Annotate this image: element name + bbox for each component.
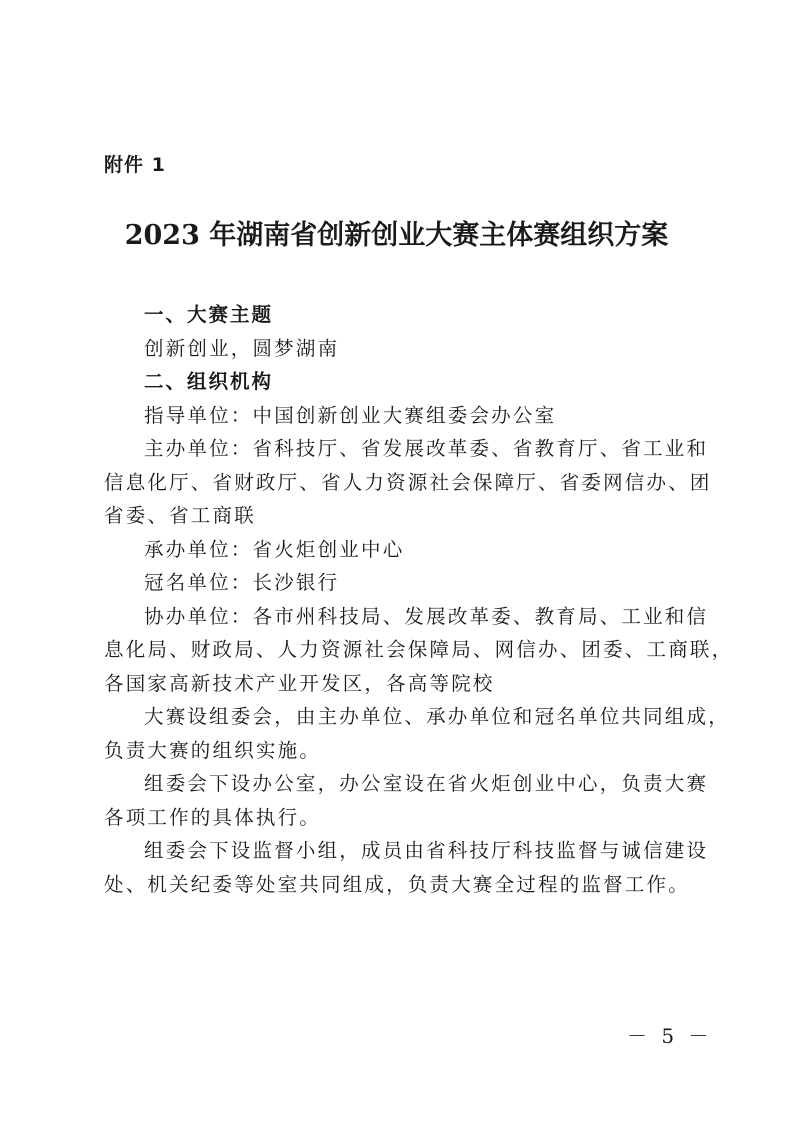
- committee-paragraph-line-1: 大赛设组委会，由主办单位、承办单位和冠名单位共同组成，: [104, 700, 696, 734]
- document-page: 附件 1 2023 年湖南省创新创业大赛主体赛组织方案 一、大赛主题 创新创业，…: [0, 0, 793, 1122]
- document-title: 2023 年湖南省创新创业大赛主体赛组织方案: [0, 213, 793, 252]
- supervision-paragraph-line-1: 组委会下设监督小组，成员由省科技厅科技监督与诚信建设: [104, 834, 696, 868]
- host-units-line-1: 主办单位：省科技厅、省发展改革委、省教育厅、省工业和: [104, 432, 696, 466]
- guiding-unit: 指导单位：中国创新创业大赛组委会办公室: [104, 399, 696, 433]
- attachment-label: 附件 1: [104, 150, 166, 177]
- co-organizers-line-1: 协办单位：各市州科技局、发展改革委、教育局、工业和信: [104, 600, 696, 634]
- organizer-unit: 承办单位：省火炬创业中心: [104, 533, 696, 567]
- section-heading-theme: 一、大赛主题: [104, 298, 696, 332]
- office-paragraph-line-2: 各项工作的具体执行。: [104, 801, 696, 835]
- theme-text: 创新创业，圆梦湖南: [104, 332, 696, 366]
- office-paragraph-line-1: 组委会下设办公室，办公室设在省火炬创业中心，负责大赛: [104, 767, 696, 801]
- co-organizers-line-3: 各国家高新技术产业开发区，各高等院校: [104, 667, 696, 701]
- title-sponsor: 冠名单位：长沙银行: [104, 566, 696, 600]
- host-units-line-3: 省委、省工商联: [104, 499, 696, 533]
- host-units-line-2: 信息化厅、省财政厅、省人力资源社会保障厅、省委网信办、团: [104, 466, 696, 500]
- supervision-paragraph-line-2: 处、机关纪委等处室共同组成，负责大赛全过程的监督工作。: [104, 868, 696, 902]
- co-organizers-line-2: 息化局、财政局、人力资源社会保障局、网信办、团委、工商联，: [104, 633, 696, 667]
- section-heading-organization: 二、组织机构: [104, 365, 696, 399]
- committee-paragraph-line-2: 负责大赛的组织实施。: [104, 734, 696, 768]
- page-number: － 5 －: [627, 1020, 712, 1049]
- document-body: 一、大赛主题 创新创业，圆梦湖南 二、组织机构 指导单位：中国创新创业大赛组委会…: [104, 298, 696, 901]
